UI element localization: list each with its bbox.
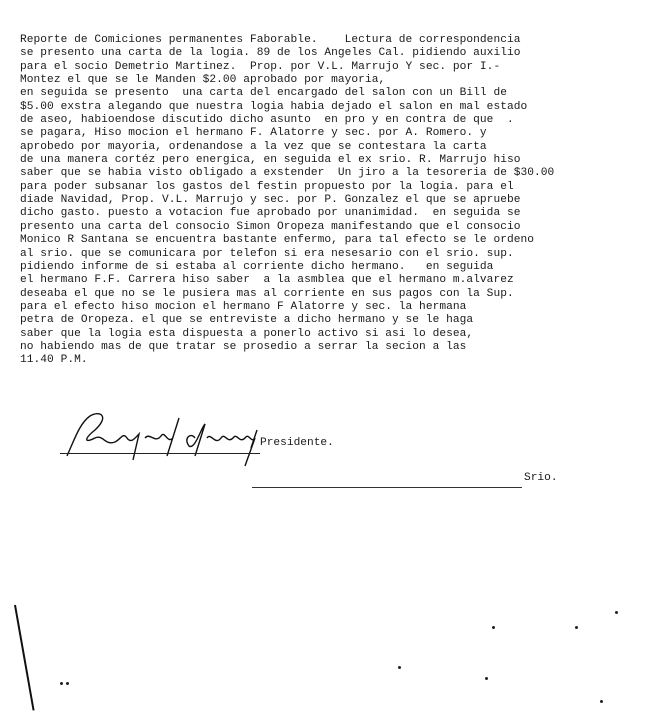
text-line: Montez el que se le Manden $2.00 aprobad… [20, 74, 554, 87]
text-line: petra de Oropeza. el que se entreviste a… [20, 314, 554, 327]
scan-speck [485, 677, 488, 680]
text-line: diade Navidad, Prop. V.L. Marrujo y sec.… [20, 194, 554, 207]
secretary-signature-line [252, 487, 522, 488]
text-line: deseaba el que no se le pusiera mas al c… [20, 288, 554, 301]
text-line: 11.40 P.M. [20, 354, 554, 367]
text-line: de aseo, habioendose discutido dicho asu… [20, 114, 554, 127]
text-line: el hermano F.F. Carrera hiso saber a la … [20, 274, 554, 287]
scan-speck [600, 700, 603, 703]
text-line: se presento una carta de la logia. 89 de… [20, 47, 554, 60]
scan-speck [66, 682, 69, 685]
text-line: se pagara, Hiso mocion el hermano F. Ala… [20, 127, 554, 140]
secretary-label: Srio. [524, 472, 558, 484]
text-line: al srio. que se comunicara por telefon s… [20, 248, 554, 261]
text-line: para poder subsanar los gastos del festi… [20, 181, 554, 194]
text-line: presento una carta del consocio Simon Or… [20, 221, 554, 234]
text-line: de una manera cortéz pero energica, en s… [20, 154, 554, 167]
president-label: Presidente. [260, 437, 334, 449]
minutes-body: Reporte de Comiciones permanentes Fabora… [20, 34, 554, 368]
scan-speck [615, 611, 618, 614]
text-line: para el socio Demetrio Martinez. Prop. p… [20, 61, 554, 74]
text-line: Reporte de Comiciones permanentes Fabora… [20, 34, 554, 47]
scan-edge-mark [14, 605, 35, 711]
text-line: saber que se habia visto obligado a exst… [20, 167, 554, 180]
scan-speck [492, 626, 495, 629]
text-line: para el efecto hiso mocion el hermano F … [20, 301, 554, 314]
scan-speck [575, 626, 578, 629]
text-line: Monico R Santana se encuentra bastante e… [20, 234, 554, 247]
text-line: pidiendo informe de si estaba al corrien… [20, 261, 554, 274]
text-line: $5.00 exstra alegando que nuestra logia … [20, 101, 554, 114]
scan-speck [398, 666, 401, 669]
text-line: aprobedo por mayoria, ordenandose a la v… [20, 141, 554, 154]
scan-speck [60, 682, 63, 685]
text-line: no habiendo mas de que tratar se prosedi… [20, 341, 554, 354]
text-line: saber que la logia esta dispuesta a pone… [20, 328, 554, 341]
president-signature-line [60, 453, 260, 454]
text-line: en seguida se presento una carta del enc… [20, 87, 554, 100]
text-line: dicho gasto. puesto a votacion fue aprob… [20, 207, 554, 220]
document-page: Reporte de Comiciones permanentes Fabora… [0, 0, 650, 712]
